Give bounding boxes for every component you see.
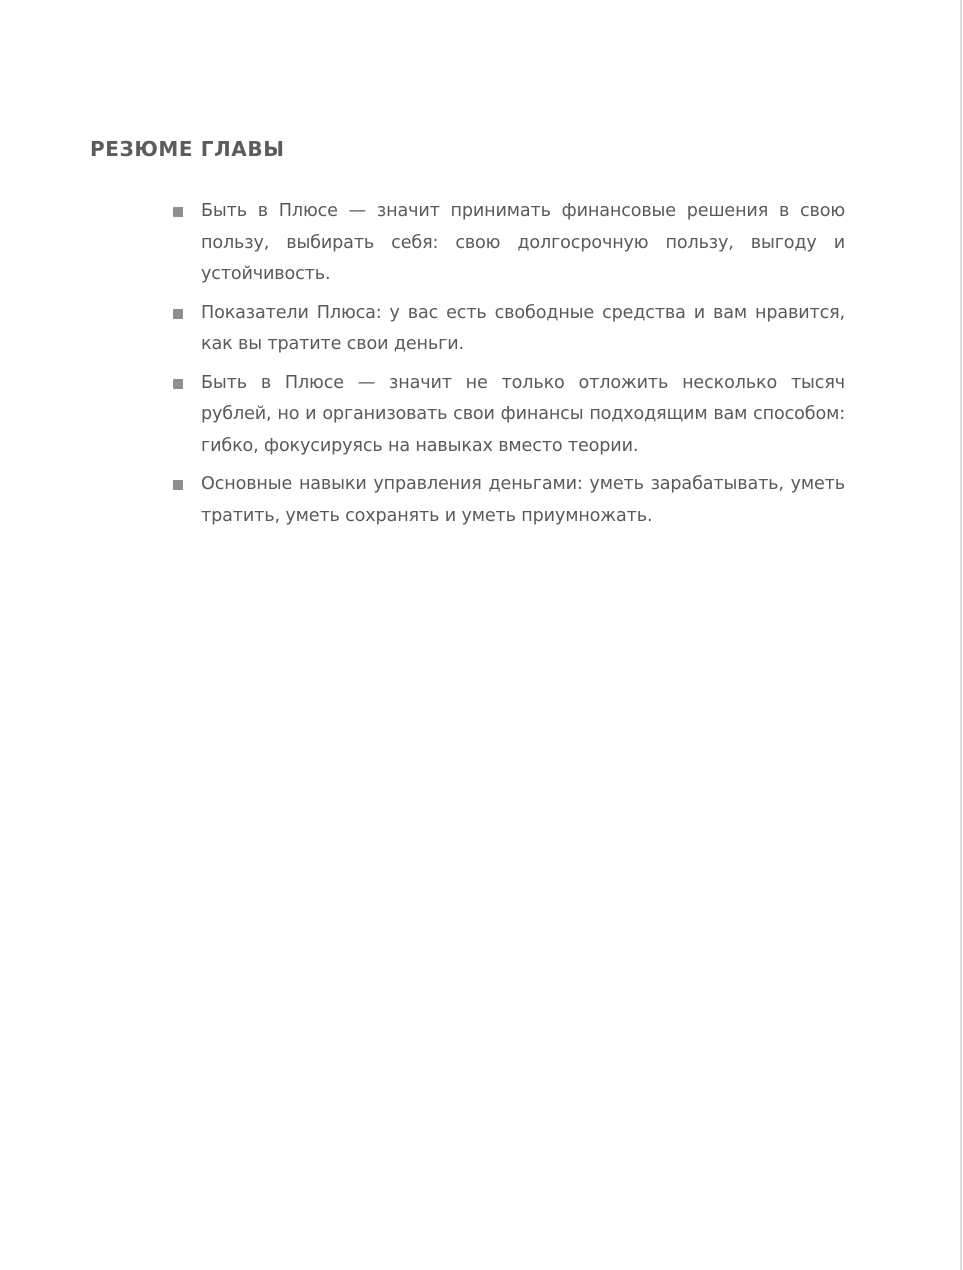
- square-bullet-icon: [173, 207, 183, 217]
- square-bullet-icon: [173, 379, 183, 389]
- summary-list-item: Быть в Плюсе — значит принимать финансов…: [173, 196, 845, 291]
- summary-item-text: Показатели Плюса: у вас есть свободные с…: [201, 303, 845, 355]
- summary-list-item: Быть в Плюсе — значит не только отложить…: [173, 368, 845, 463]
- summary-item-text: Основные навыки управления деньгами: уме…: [201, 474, 845, 526]
- summary-item-text: Быть в Плюсе — значит принимать финансов…: [201, 201, 845, 284]
- summary-list-item: Основные навыки управления деньгами: уме…: [173, 469, 845, 532]
- chapter-summary-list: Быть в Плюсе — значит принимать финансов…: [173, 196, 845, 539]
- page-edge-divider: [960, 0, 962, 1270]
- summary-item-text: Быть в Плюсе — значит не только отложить…: [201, 373, 845, 456]
- chapter-summary-title: РЕЗЮМЕ ГЛАВЫ: [90, 137, 285, 161]
- square-bullet-icon: [173, 480, 183, 490]
- summary-list-item: Показатели Плюса: у вас есть свободные с…: [173, 298, 845, 361]
- square-bullet-icon: [173, 309, 183, 319]
